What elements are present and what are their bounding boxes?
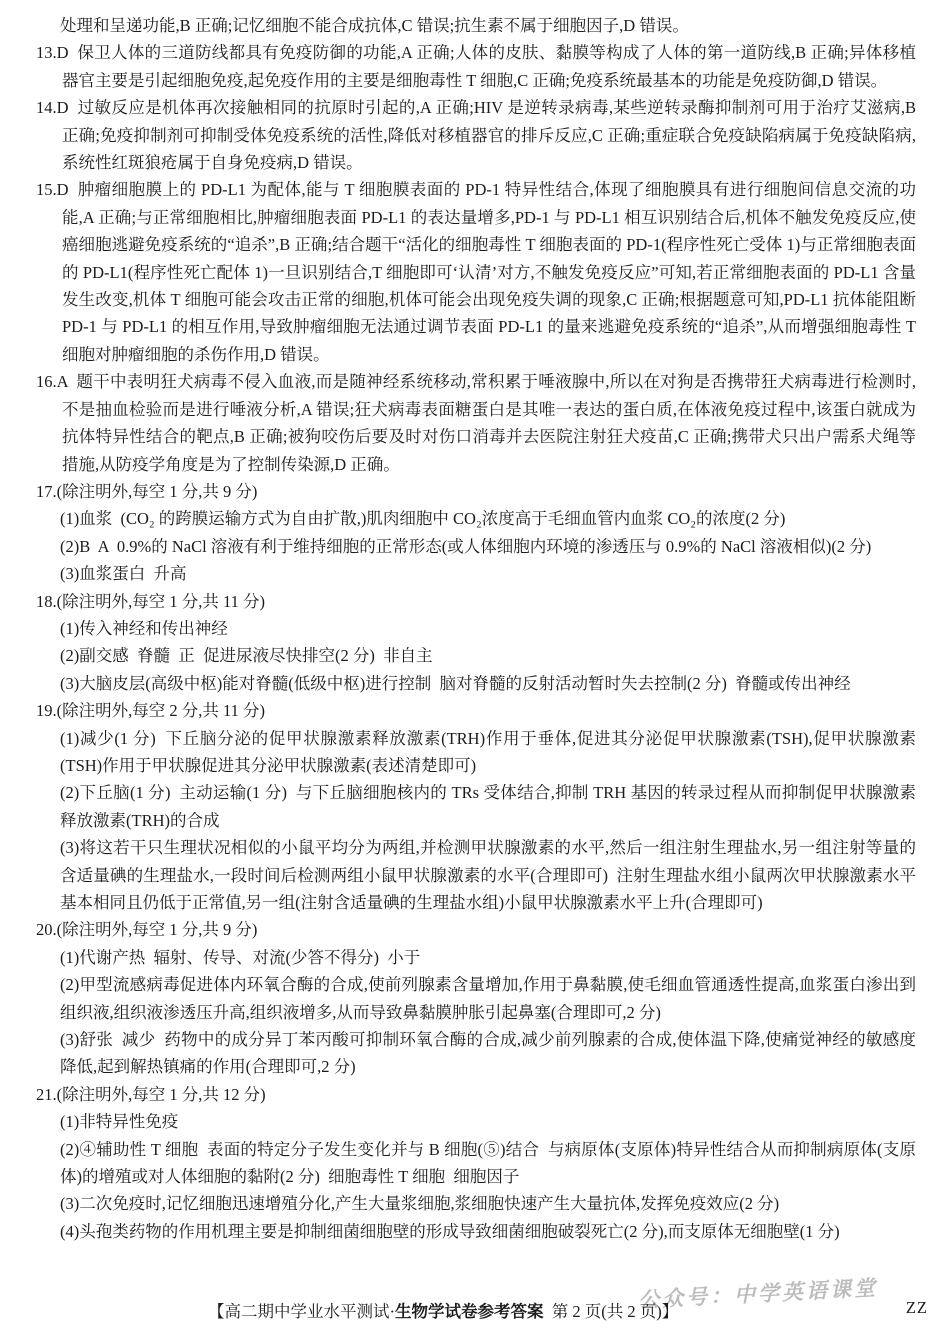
answer-paragraph: 21.(除注明外,每空 1 分,共 12 分) bbox=[0, 1081, 916, 1108]
answer-paragraph: 18.(除注明外,每空 1 分,共 11 分) bbox=[0, 588, 916, 615]
answer-paragraph: 14.D 过敏反应是机体再次接触相同的抗原时引起的,A 正确;HIV 是逆转录病… bbox=[0, 94, 916, 176]
answer-paragraph: 16.A 题干中表明狂犬病毒不侵入血液,而是随神经系统移动,常积累于唾液腺中,所… bbox=[0, 368, 916, 478]
answer-paragraph: 13.D 保卫人体的三道防线都具有免疫防御的功能,A 正确;人体的皮肤、黏膜等构… bbox=[0, 39, 916, 94]
answer-paragraph: 17.(除注明外,每空 1 分,共 9 分) bbox=[0, 478, 916, 505]
answer-paragraph: (3)大脑皮层(高级中枢)能对脊髓(低级中枢)进行控制 脑对脊髓的反射活动暂时失… bbox=[0, 670, 916, 697]
answer-paragraph: (3)舒张 减少 药物中的成分异丁苯丙酸可抑制环氧合酶的合成,减少前列腺素的合成… bbox=[0, 1026, 916, 1081]
answer-paragraph: (2)B A 0.9%的 NaCl 溶液有利于维持细胞的正常形态(或人体细胞内环… bbox=[0, 533, 916, 560]
answer-paragraph: (2)下丘脑(1 分) 主动运输(1 分) 与下丘脑细胞核内的 TRs 受体结合… bbox=[0, 779, 916, 834]
document-page: 处理和呈递功能,B 正确;记忆细胞不能合成抗体,C 错误;抗生素不属于细胞因子,… bbox=[0, 0, 950, 1333]
answer-sheet-body: 处理和呈递功能,B 正确;记忆细胞不能合成抗体,C 错误;抗生素不属于细胞因子,… bbox=[0, 12, 950, 1245]
answer-paragraph: (3)血浆蛋白 升高 bbox=[0, 560, 916, 587]
footer-code: ZZ bbox=[906, 1298, 928, 1318]
answer-paragraph: (2)甲型流感病毒促进体内环氧合酶的合成,使前列腺素含量增加,作用于鼻黏膜,使毛… bbox=[0, 971, 916, 1026]
footer-prefix: 【高二期中学业水平测试· bbox=[208, 1302, 395, 1321]
answer-paragraph: (3)将这若干只生理状况相似的小鼠平均分为两组,并检测甲状腺激素的水平,然后一组… bbox=[0, 834, 916, 916]
answer-paragraph: (4)头孢类药物的作用机理主要是抑制细菌细胞壁的形成导致细菌细胞破裂死亡(2 分… bbox=[0, 1218, 916, 1245]
answer-paragraph: (1)减少(1 分) 下丘脑分泌的促甲状腺激素释放激素(TRH)作用于垂体,促进… bbox=[0, 725, 916, 780]
answer-paragraph: 15.D 肿瘤细胞膜上的 PD-L1 为配体,能与 T 细胞膜表面的 PD-1 … bbox=[0, 176, 916, 368]
answer-paragraph: 20.(除注明外,每空 1 分,共 9 分) bbox=[0, 916, 916, 943]
answer-paragraph: (1)非特异性免疫 bbox=[0, 1108, 916, 1135]
answer-paragraph: 处理和呈递功能,B 正确;记忆细胞不能合成抗体,C 错误;抗生素不属于细胞因子,… bbox=[0, 12, 916, 39]
answer-paragraph: 19.(除注明外,每空 2 分,共 11 分) bbox=[0, 697, 916, 724]
footer-page-number: 第 2 页(共 2 页)】 bbox=[544, 1302, 679, 1321]
answer-paragraph: (1)血浆 (CO₂ 的跨膜运输方式为自由扩散,)肌肉细胞中 CO₂浓度高于毛细… bbox=[0, 505, 916, 532]
footer-doc-title: 生物学试卷参考答案 bbox=[395, 1303, 544, 1321]
page-footer: 公众号：中学英语课堂 【高二期中学业水平测试·生物学试卷参考答案 第 2 页(共… bbox=[0, 1290, 950, 1326]
answer-paragraph: (1)传入神经和传出神经 bbox=[0, 615, 916, 642]
answer-paragraph: (1)代谢产热 辐射、传导、对流(少答不得分) 小于 bbox=[0, 944, 916, 971]
footer-caption: 【高二期中学业水平测试·生物学试卷参考答案 第 2 页(共 2 页)】 bbox=[208, 1298, 678, 1322]
answer-paragraph: (2)副交感 脊髓 正 促进尿液尽快排空(2 分) 非自主 bbox=[0, 642, 916, 669]
answer-paragraph: (3)二次免疫时,记忆细胞迅速增殖分化,产生大量浆细胞,浆细胞快速产生大量抗体,… bbox=[0, 1190, 916, 1217]
answer-paragraph: (2)④辅助性 T 细胞 表面的特定分子发生变化并与 B 细胞(⑤)结合 与病原… bbox=[0, 1136, 916, 1191]
